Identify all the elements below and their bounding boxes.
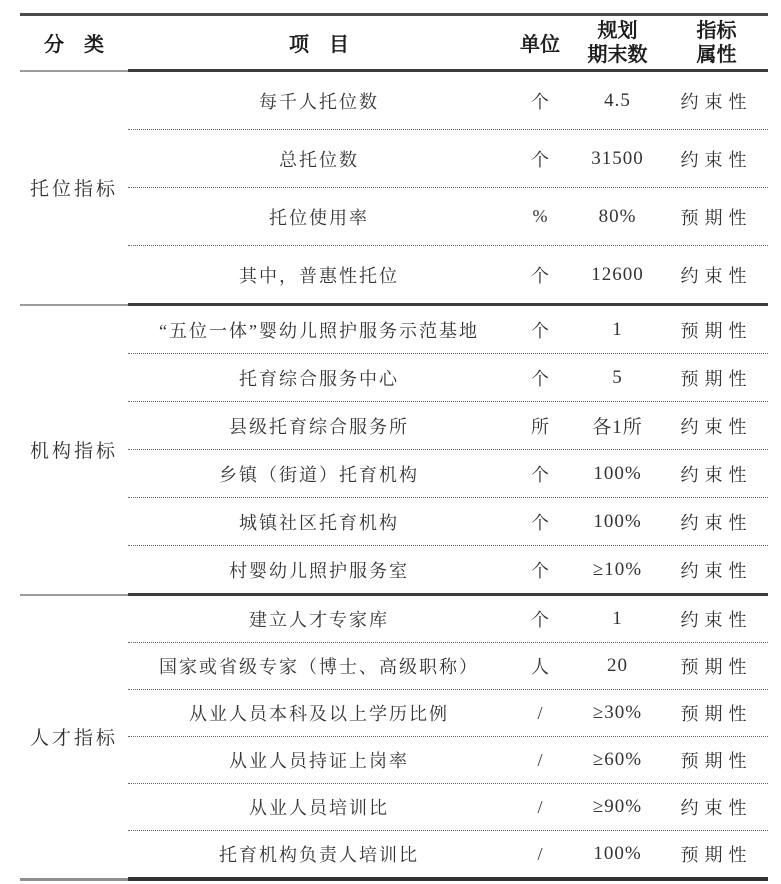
table-row: “五位一体”婴幼儿照护服务示范基地 个 1 预期性 bbox=[128, 306, 768, 353]
table-row: 托育综合服务中心 个 5 预期性 bbox=[128, 353, 768, 401]
cell-unit: 个 bbox=[510, 146, 570, 172]
table-header-row: 分 类 项 目 单位 规划 期末数 指标 属性 bbox=[20, 16, 768, 69]
cell-value: 1 bbox=[570, 608, 665, 630]
cell-value: 1 bbox=[570, 319, 665, 341]
table-row: 村婴幼儿照护服务室 个 ≥10% 约束性 bbox=[128, 545, 768, 593]
header-planned-value: 规划 期末数 bbox=[570, 19, 665, 67]
cell-value: 12600 bbox=[570, 264, 665, 286]
cell-attribute: 约束性 bbox=[665, 794, 768, 820]
table-row: 城镇社区托育机构 个 100% 约束性 bbox=[128, 497, 768, 545]
cell-item: 托位使用率 bbox=[128, 204, 510, 230]
group-rows: 建立人才专家库 个 1 约束性 国家或省级专家（博士、高级职称） 人 20 预期… bbox=[128, 596, 768, 877]
category-label: 人才指标 bbox=[20, 596, 128, 877]
cell-value: 100% bbox=[570, 463, 665, 485]
table-row: 从业人员持证上岗率 / ≥60% 预期性 bbox=[128, 736, 768, 783]
group-rows: 每千人托位数 个 4.5 约束性 总托位数 个 31500 约束性 托位使用率 … bbox=[128, 72, 768, 303]
cell-value: 4.5 bbox=[570, 90, 665, 112]
table-row: 托位使用率 % 80% 预期性 bbox=[128, 187, 768, 245]
table-row: 乡镇（街道）托育机构 个 100% 约束性 bbox=[128, 449, 768, 497]
cell-item: 建立人才专家库 bbox=[128, 606, 510, 632]
cell-unit: 个 bbox=[510, 606, 570, 632]
cell-attribute: 预期性 bbox=[665, 204, 768, 230]
table-row: 县级托育综合服务所 所 各1所 约束性 bbox=[128, 401, 768, 449]
cell-item: 村婴幼儿照护服务室 bbox=[128, 557, 510, 583]
cell-attribute: 约束性 bbox=[665, 88, 768, 114]
cell-value: ≥10% bbox=[570, 559, 665, 581]
cell-attribute: 约束性 bbox=[665, 461, 768, 487]
cell-unit: 个 bbox=[510, 557, 570, 583]
cell-unit: / bbox=[510, 797, 570, 818]
cell-item: 其中，普惠性托位 bbox=[128, 262, 510, 288]
table-row: 托育机构负责人培训比 / 100% 预期性 bbox=[128, 830, 768, 877]
cell-unit: / bbox=[510, 750, 570, 771]
table-row: 其中，普惠性托位 个 12600 约束性 bbox=[128, 245, 768, 303]
header-attribute: 指标 属性 bbox=[665, 19, 768, 67]
cell-attribute: 约束性 bbox=[665, 413, 768, 439]
cell-value: 31500 bbox=[570, 148, 665, 170]
category-label: 机构指标 bbox=[20, 306, 128, 593]
cell-attribute: 预期性 bbox=[665, 317, 768, 343]
cell-item: “五位一体”婴幼儿照护服务示范基地 bbox=[128, 317, 510, 343]
cell-value: 20 bbox=[570, 655, 665, 677]
cell-unit: / bbox=[510, 844, 570, 865]
group-rencai: 人才指标 建立人才专家库 个 1 约束性 国家或省级专家（博士、高级职称） 人 … bbox=[20, 596, 768, 877]
cell-item: 国家或省级专家（博士、高级职称） bbox=[128, 653, 510, 679]
cell-unit: 人 bbox=[510, 653, 570, 679]
cell-value: 80% bbox=[570, 206, 665, 228]
cell-item: 托育综合服务中心 bbox=[128, 365, 510, 391]
cell-unit: 所 bbox=[510, 413, 570, 439]
cell-attribute: 约束性 bbox=[665, 557, 768, 583]
cell-item: 乡镇（街道）托育机构 bbox=[128, 461, 510, 487]
table-bottom-border bbox=[20, 877, 768, 881]
category-label: 托位指标 bbox=[20, 72, 128, 303]
cell-attribute: 预期性 bbox=[665, 747, 768, 773]
header-category: 分 类 bbox=[20, 28, 128, 57]
cell-attribute: 预期性 bbox=[665, 700, 768, 726]
table-row: 总托位数 个 31500 约束性 bbox=[128, 129, 768, 187]
cell-attribute: 预期性 bbox=[665, 365, 768, 391]
table-row: 国家或省级专家（博士、高级职称） 人 20 预期性 bbox=[128, 642, 768, 689]
header-unit: 单位 bbox=[510, 28, 570, 57]
cell-unit: 个 bbox=[510, 262, 570, 288]
cell-attribute: 约束性 bbox=[665, 509, 768, 535]
group-jigou: 机构指标 “五位一体”婴幼儿照护服务示范基地 个 1 预期性 托育综合服务中心 … bbox=[20, 306, 768, 593]
cell-item: 托育机构负责人培训比 bbox=[128, 841, 510, 867]
cell-item: 城镇社区托育机构 bbox=[128, 509, 510, 535]
cell-attribute: 预期性 bbox=[665, 841, 768, 867]
cell-item: 每千人托位数 bbox=[128, 88, 510, 114]
group-tuowei: 托位指标 每千人托位数 个 4.5 约束性 总托位数 个 31500 约束性 托… bbox=[20, 72, 768, 303]
cell-value: ≥90% bbox=[570, 796, 665, 818]
cell-unit: 个 bbox=[510, 365, 570, 391]
cell-item: 从业人员培训比 bbox=[128, 794, 510, 820]
cell-attribute: 约束性 bbox=[665, 146, 768, 172]
table-row: 从业人员本科及以上学历比例 / ≥30% 预期性 bbox=[128, 689, 768, 736]
cell-attribute: 预期性 bbox=[665, 653, 768, 679]
group-rows: “五位一体”婴幼儿照护服务示范基地 个 1 预期性 托育综合服务中心 个 5 预… bbox=[128, 306, 768, 593]
cell-item: 从业人员持证上岗率 bbox=[128, 747, 510, 773]
cell-unit: / bbox=[510, 703, 570, 724]
cell-unit: 个 bbox=[510, 509, 570, 535]
cell-item: 从业人员本科及以上学历比例 bbox=[128, 700, 510, 726]
cell-item: 县级托育综合服务所 bbox=[128, 413, 510, 439]
divider-dark-segment bbox=[128, 877, 768, 881]
header-item: 项 目 bbox=[128, 28, 510, 57]
cell-value: 各1所 bbox=[570, 412, 665, 439]
cell-unit: % bbox=[510, 206, 570, 227]
cell-unit: 个 bbox=[510, 317, 570, 343]
cell-value: 100% bbox=[570, 511, 665, 533]
cell-value: 100% bbox=[570, 843, 665, 865]
divider-light-segment bbox=[20, 878, 128, 881]
cell-unit: 个 bbox=[510, 88, 570, 114]
cell-item: 总托位数 bbox=[128, 146, 510, 172]
indicators-table: 分 类 项 目 单位 规划 期末数 指标 属性 托位指标 每千人托位数 个 4.… bbox=[20, 13, 768, 881]
table-row: 建立人才专家库 个 1 约束性 bbox=[128, 596, 768, 642]
cell-attribute: 约束性 bbox=[665, 262, 768, 288]
table-row: 每千人托位数 个 4.5 约束性 bbox=[128, 72, 768, 129]
cell-attribute: 约束性 bbox=[665, 606, 768, 632]
cell-value: ≥30% bbox=[570, 702, 665, 724]
cell-value: 5 bbox=[570, 367, 665, 389]
table-row: 从业人员培训比 / ≥90% 约束性 bbox=[128, 783, 768, 830]
cell-value: ≥60% bbox=[570, 749, 665, 771]
cell-unit: 个 bbox=[510, 461, 570, 487]
